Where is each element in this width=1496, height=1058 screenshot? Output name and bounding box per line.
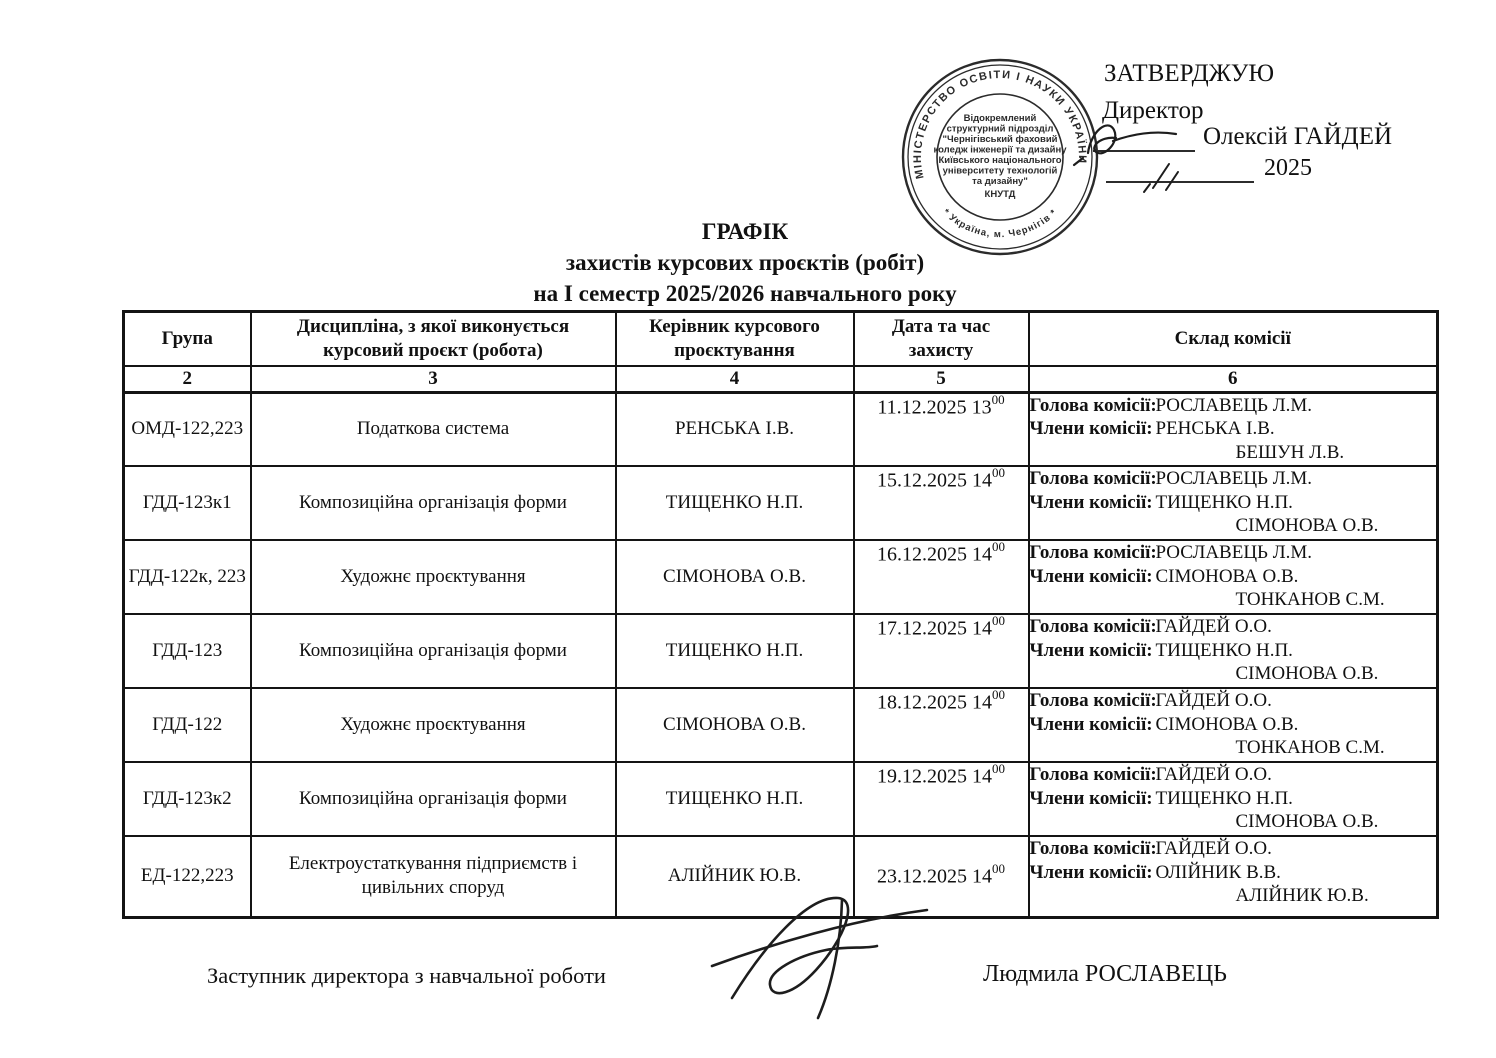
discipline-cell: Композиційна організація форми xyxy=(251,614,616,688)
title-line-3: на І семестр 2025/2026 навчального року xyxy=(0,278,1490,309)
supervisor-cell: СІМОНОВА О.В. xyxy=(616,540,854,614)
commission-head: ГАЙДЕЙ О.О. xyxy=(1156,764,1272,785)
commission-member: ТОНКАНОВ С.М. xyxy=(1236,737,1385,758)
commission-head: ГАЙДЕЙ О.О. xyxy=(1156,616,1272,637)
members-label: Члени комісії: xyxy=(1030,639,1156,663)
table-row: ГДД-123к2 Композиційна організація форми… xyxy=(124,762,1438,836)
deputy-signature-scribble xyxy=(702,886,942,1026)
members-label: Члени комісії: xyxy=(1030,491,1156,515)
supervisor-cell: ТИЩЕНКО Н.П. xyxy=(616,614,854,688)
commission-head: ГАЙДЕЙ О.О. xyxy=(1156,690,1272,711)
time-superscript: 00 xyxy=(992,392,1005,407)
head-label: Голова комісії: xyxy=(1030,763,1156,787)
title-line-2: захистів курсових проєктів (робіт) xyxy=(0,247,1490,278)
head-label: Голова комісії: xyxy=(1030,837,1156,861)
date-cell: 19.12.2025 1400 xyxy=(854,762,1029,836)
commission-member: СІМОНОВА О.В. xyxy=(1236,663,1379,684)
stamp-center-line: КНУТД xyxy=(985,189,1016,200)
column-number: 5 xyxy=(854,366,1029,392)
members-label: Члени комісії: xyxy=(1030,565,1156,589)
time-superscript: 00 xyxy=(992,687,1005,702)
supervisor-cell: ТИЩЕНКО Н.П. xyxy=(616,762,854,836)
head-label: Голова комісії: xyxy=(1030,615,1156,639)
table-row: ГДД-122 Художнє проєктування СІМОНОВА О.… xyxy=(124,688,1438,762)
commission-member: ТИЩЕНКО Н.П. xyxy=(1156,788,1293,809)
commission-member: ТОНКАНОВ С.М. xyxy=(1236,589,1385,610)
time-superscript: 00 xyxy=(992,861,1005,876)
supervisor-cell: ТИЩЕНКО Н.П. xyxy=(616,466,854,540)
schedule-table: Група Дисципліна, з якої виконується кур… xyxy=(122,310,1439,919)
document-title: ГРАФІК захистів курсових проєктів (робіт… xyxy=(0,216,1490,309)
discipline-cell: Податкова система xyxy=(251,392,616,466)
table-row: ГДД-122к, 223 Художнє проєктування СІМОН… xyxy=(124,540,1438,614)
commission-head: РОСЛАВЕЦЬ Л.М. xyxy=(1156,468,1313,489)
stamp-center-line: коледж інженерії та дизайну xyxy=(933,145,1067,156)
discipline-cell: Композиційна організація форми xyxy=(251,466,616,540)
column-number: 3 xyxy=(251,366,616,392)
commission-cell: Голова комісії:ГАЙДЕЙ О.О. Члени комісії… xyxy=(1029,614,1438,688)
group-cell: ГДД-122 xyxy=(124,688,251,762)
members-label: Члени комісії: xyxy=(1030,417,1156,441)
group-cell: ОМД-122,223 xyxy=(124,392,251,466)
time-superscript: 00 xyxy=(992,465,1005,480)
director-signature-scribble xyxy=(1058,98,1238,198)
commission-head: РОСЛАВЕЦЬ Л.М. xyxy=(1156,395,1313,416)
deputy-name: Людмила РОСЛАВЕЦЬ xyxy=(983,961,1227,988)
stamp-center-line: Київського національного xyxy=(938,155,1061,166)
commission-cell: Голова комісії:РОСЛАВЕЦЬ Л.М. Члени комі… xyxy=(1029,392,1438,466)
members-label: Члени комісії: xyxy=(1030,787,1156,811)
supervisor-cell: СІМОНОВА О.В. xyxy=(616,688,854,762)
group-cell: ГДД-123 xyxy=(124,614,251,688)
head-label: Голова комісії: xyxy=(1030,467,1156,491)
table-row: ГДД-123к1 Композиційна організація форми… xyxy=(124,466,1438,540)
commission-member: ОЛІЙНИК В.В. xyxy=(1156,862,1281,883)
header-row: Група Дисципліна, з якої виконується кур… xyxy=(124,312,1438,367)
stamp-center-line: структурний підрозділ xyxy=(947,124,1054,135)
time-superscript: 00 xyxy=(992,613,1005,628)
header-discipline: Дисципліна, з якої виконується курсовий … xyxy=(251,312,616,367)
document-page: МІНІСТЕРСТВО ОСВІТИ І НАУКИ УКРАЇНИ * Ук… xyxy=(0,0,1496,1058)
group-cell: ЕД-122,223 xyxy=(124,836,251,917)
approval-year: 2025 xyxy=(1264,153,1312,183)
column-number-row: 2 3 4 5 6 xyxy=(124,366,1438,392)
commission-cell: Голова комісії:ГАЙДЕЙ О.О. Члени комісії… xyxy=(1029,688,1438,762)
members-label: Члени комісії: xyxy=(1030,713,1156,737)
commission-member: БЕШУН Л.В. xyxy=(1236,442,1345,463)
title-line-1: ГРАФІК xyxy=(0,216,1490,247)
commission-member: СІМОНОВА О.В. xyxy=(1236,515,1379,536)
table-row: ГДД-123 Композиційна організація форми Т… xyxy=(124,614,1438,688)
approval-word: ЗАТВЕРДЖУЮ xyxy=(1104,60,1274,88)
commission-head: РОСЛАВЕЦЬ Л.М. xyxy=(1156,542,1313,563)
commission-cell: Голова комісії:РОСЛАВЕЦЬ Л.М. Члени комі… xyxy=(1029,466,1438,540)
commission-member: СІМОНОВА О.В. xyxy=(1156,566,1299,587)
table-row: ОМД-122,223 Податкова система РЕНСЬКА І.… xyxy=(124,392,1438,466)
commission-member: ТИЩЕНКО Н.П. xyxy=(1156,640,1293,661)
date-cell: 17.12.2025 1400 xyxy=(854,614,1029,688)
commission-member: СІМОНОВА О.В. xyxy=(1156,714,1299,735)
date-cell: 11.12.2025 1300 xyxy=(854,392,1029,466)
stamp-center-line: Відокремлений xyxy=(964,113,1037,124)
commission-member: АЛІЙНИК Ю.В. xyxy=(1236,885,1369,906)
commission-member: ТИЩЕНКО Н.П. xyxy=(1156,492,1293,513)
header-supervisor: Керівник курсового проєктування xyxy=(616,312,854,367)
discipline-cell: Художнє проєктування xyxy=(251,540,616,614)
header-commission: Склад комісії xyxy=(1029,312,1438,367)
time-superscript: 00 xyxy=(992,539,1005,554)
commission-cell: Голова комісії:ГАЙДЕЙ О.О. Члени комісії… xyxy=(1029,762,1438,836)
stamp-center-line: та дизайну" xyxy=(972,176,1028,187)
deputy-role: Заступник директора з навчальної роботи xyxy=(207,963,606,989)
discipline-cell: Художнє проєктування xyxy=(251,688,616,762)
column-number: 6 xyxy=(1029,366,1438,392)
stamp-center-line: "Чернігівський фаховий xyxy=(942,134,1057,145)
discipline-cell: Композиційна організація форми xyxy=(251,762,616,836)
time-superscript: 00 xyxy=(992,761,1005,776)
header-group: Група xyxy=(124,312,251,367)
supervisor-cell: РЕНСЬКА І.В. xyxy=(616,392,854,466)
commission-member: СІМОНОВА О.В. xyxy=(1236,811,1379,832)
group-cell: ГДД-123к2 xyxy=(124,762,251,836)
group-cell: ГДД-122к, 223 xyxy=(124,540,251,614)
commission-cell: Голова комісії:ГАЙДЕЙ О.О. Члени комісії… xyxy=(1029,836,1438,917)
commission-cell: Голова комісії:РОСЛАВЕЦЬ Л.М. Члени комі… xyxy=(1029,540,1438,614)
column-number: 4 xyxy=(616,366,854,392)
members-label: Члени комісії: xyxy=(1030,861,1156,885)
commission-member: РЕНСЬКА І.В. xyxy=(1156,418,1275,439)
date-cell: 16.12.2025 1400 xyxy=(854,540,1029,614)
date-cell: 15.12.2025 1400 xyxy=(854,466,1029,540)
head-label: Голова комісії: xyxy=(1030,689,1156,713)
discipline-cell: Електроустаткування підприємств і цивіль… xyxy=(251,836,616,917)
header-date: Дата та час захисту xyxy=(854,312,1029,367)
stamp-center-line: університету технологій xyxy=(943,166,1058,177)
group-cell: ГДД-123к1 xyxy=(124,466,251,540)
commission-head: ГАЙДЕЙ О.О. xyxy=(1156,838,1272,859)
head-label: Голова комісії: xyxy=(1030,394,1156,418)
column-number: 2 xyxy=(124,366,251,392)
head-label: Голова комісії: xyxy=(1030,541,1156,565)
date-cell: 18.12.2025 1400 xyxy=(854,688,1029,762)
